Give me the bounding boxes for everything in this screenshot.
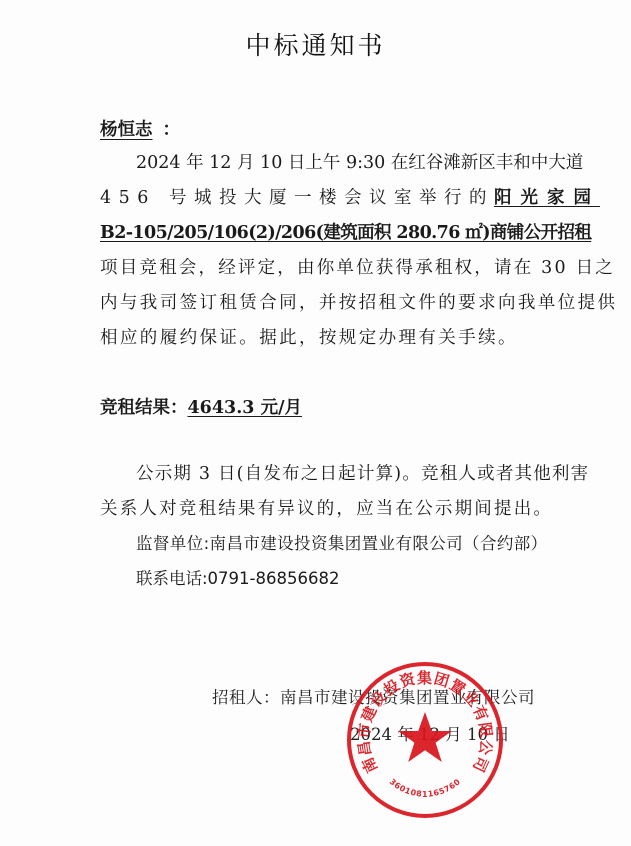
recipient-line: 杨恒志： — [100, 118, 542, 142]
project-name-part1: 阳光家园 — [494, 186, 600, 210]
document-title: 中标通知书 — [0, 26, 631, 62]
body-text-1: 2024 年 12 月 10 日上午 9:30 在红谷滩新区丰和中大道 — [136, 151, 583, 175]
body-line-3: B2-105/205/106(2)/206(建筑面积 280.76 ㎡)商铺公开… — [100, 221, 542, 245]
body-line-1: 2024 年 12 月 10 日上午 9:30 在红谷滩新区丰和中大道 — [100, 151, 542, 175]
body-line-5: 内与我司签订租赁合同，并按招租文件的要求向我单位提供 — [100, 291, 542, 315]
body-text-2: 456 号城投大厦一楼会议室举行的 — [100, 186, 494, 210]
supervisor-line: 监督单位:南昌市建设投资集团置业有限公司（合约部） — [100, 532, 542, 556]
body-line-2: 456 号城投大厦一楼会议室举行的 阳光家园 — [100, 186, 542, 210]
notice-text-2: 关系人对竞租结果有异议的，应当在公示期间提出。 — [100, 499, 553, 519]
notice-text-1: 公示期 3 日(自发布之日起计算)。竞租人或者其他利害 — [136, 464, 589, 484]
supervisor-text: 监督单位:南昌市建设投资集团置业有限公司（合约部） — [136, 534, 548, 553]
recipient-colon: ： — [163, 120, 181, 140]
phone-line: 联系电话:0791-86856682 — [100, 567, 542, 591]
svg-text:3601081165760: 3601081165760 — [388, 777, 463, 799]
company-seal-icon: 南昌市建设投资集团置业有限公司 3601081165760 — [345, 660, 505, 820]
body-text-6: 相应的履约保证。据此，按规定办理有关手续。 — [100, 328, 518, 348]
seal-code: 3601081165760 — [388, 777, 463, 799]
project-name-part2: B2-105/205/106(2)/206(建筑面积 280.76 ㎡)商铺公开… — [100, 223, 591, 243]
notice-line-1: 公示期 3 日(自发布之日起计算)。竞租人或者其他利害 — [100, 462, 542, 486]
recipient-name: 杨恒志 — [100, 120, 163, 140]
body-text-5: 内与我司签订租赁合同，并按招租文件的要求向我单位提供 — [100, 293, 617, 313]
body-line-6: 相应的履约保证。据此，按规定办理有关手续。 — [100, 326, 542, 350]
result-line: 竞租结果：4643.3 元/月 — [100, 396, 542, 420]
body-text-4: 项目竞租会，经评定，由你单位获得承租权，请在 30 日之 — [100, 258, 615, 278]
notice-line-2: 关系人对竞租结果有异议的，应当在公示期间提出。 — [100, 497, 542, 521]
result-label: 竞租结果： — [100, 398, 188, 418]
result-value: 4643.3 元/月 — [188, 398, 308, 418]
seal-star-icon — [398, 712, 452, 762]
phone-text: 联系电话:0791-86856682 — [136, 569, 340, 588]
body-line-4: 项目竞租会，经评定，由你单位获得承租权，请在 30 日之 — [100, 256, 542, 280]
